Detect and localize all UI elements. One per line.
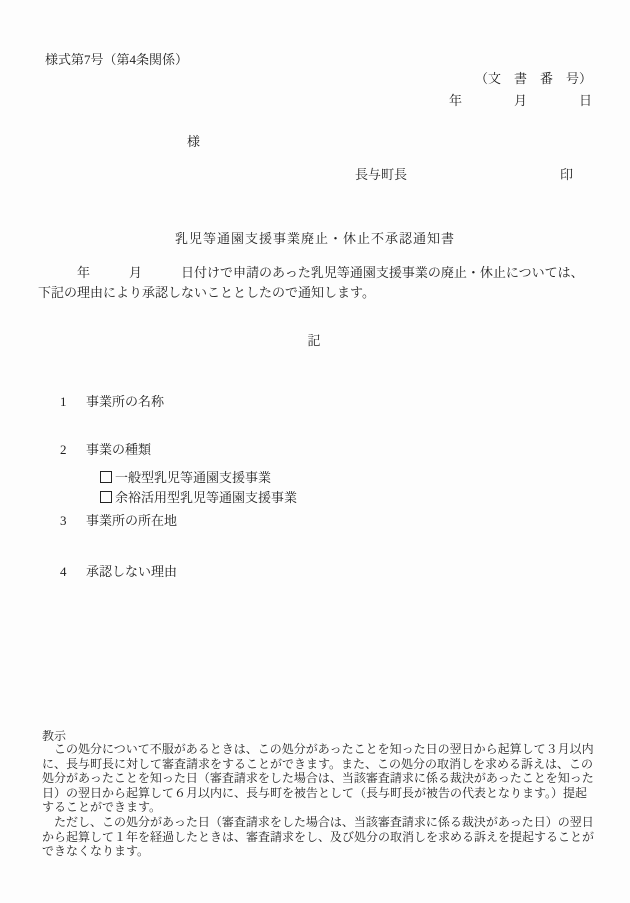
notice-paragraphs: この処分について不服があるときは、この処分があったことを知った日の翌日から起算し…	[42, 742, 594, 859]
body-paragraph: 年 月 日付けで申請のあった乳児等通園支援事業の廃止・休止については、 下記の理…	[38, 263, 584, 302]
document-title: 乳児等通園支援事業廃止・休止不承認通知書	[0, 228, 630, 247]
item-number: 1	[60, 394, 86, 410]
addressee-honorific: 様	[187, 131, 200, 150]
document-page: 様式第7号（第4条関係） （文 書 番 号） 年 月 日 様 長与町長 印 乳児…	[0, 0, 630, 903]
document-number-placeholder: （文 書 番 号）	[475, 68, 592, 87]
item-number: 2	[60, 442, 86, 458]
issue-date-placeholder: 年 月 日	[449, 90, 592, 109]
form-number: 様式第7号（第4条関係）	[45, 49, 188, 68]
item-number: 4	[60, 564, 86, 580]
sender-title: 長与町長	[355, 164, 407, 183]
item-label: 承認しない理由	[86, 564, 177, 579]
item-label: 事業所の所在地	[86, 513, 177, 528]
record-heading: 記	[0, 330, 630, 349]
list-item-business-address: 3事業所の所在地	[47, 494, 177, 545]
item-number: 3	[60, 513, 86, 529]
list-item-rejection-reason: 4承認しない理由	[47, 545, 177, 596]
item-label: 事業所の名称	[86, 394, 164, 409]
list-item-business-name: 1事業所の名称	[47, 375, 164, 426]
seal-mark: 印	[560, 164, 573, 183]
